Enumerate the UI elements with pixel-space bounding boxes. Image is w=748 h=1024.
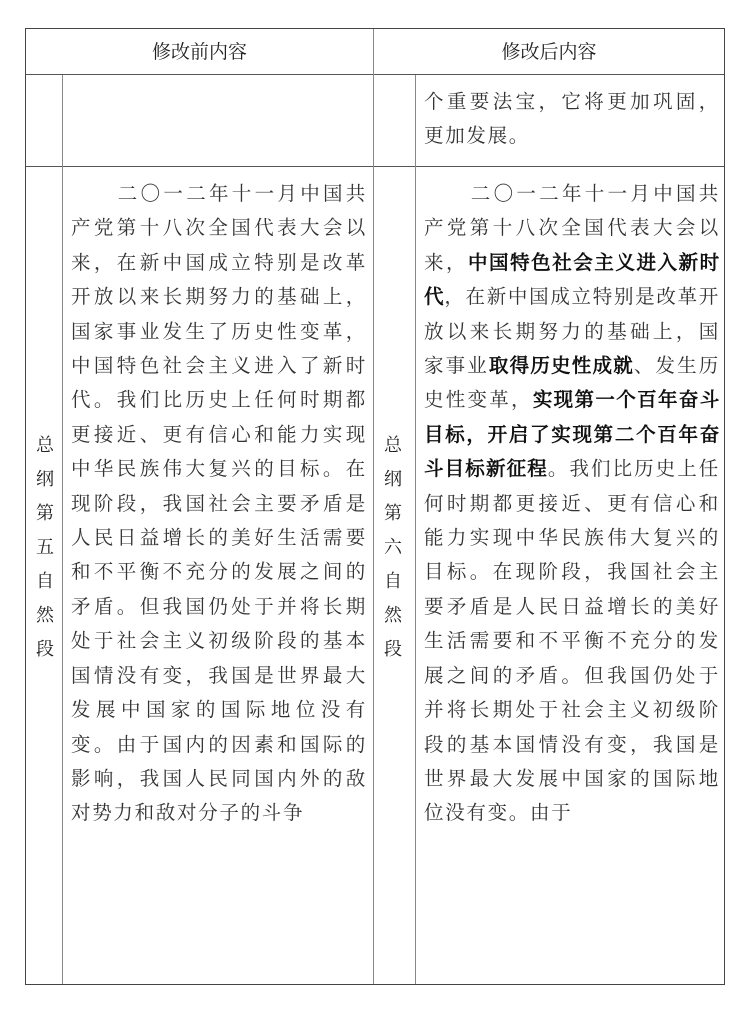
paragraph: 二〇一二年十一月中国共产党第十八次全国代表大会以来，中国特色社会主义进入新时代，… [424, 177, 720, 831]
header-after: 修改后内容 [374, 29, 724, 75]
label-char: 六 [375, 531, 411, 565]
label-char: 纲 [375, 463, 411, 497]
row2-before-label: 总 纲 第 五 自 然 段 [27, 429, 63, 667]
label-char: 段 [27, 633, 63, 667]
label-char: 第 [375, 497, 411, 531]
label-divider-right [415, 75, 416, 984]
label-char: 纲 [27, 463, 63, 497]
text-segment: 。我们比历史上任何时期都更接近、更有信心和能力实现中华民族伟大复兴的目标。在现阶… [424, 457, 720, 824]
paragraph: 二〇一二年十一月中国共产党第十八次全国代表大会以来，在新中国成立特别是改革开放以… [71, 177, 367, 831]
label-char: 自 [375, 565, 411, 599]
comparison-table: 修改前内容 修改后内容 个重要法宝，它将更加巩固，更加发展。 总 纲 第 五 自… [25, 28, 725, 985]
row1-before-text [63, 76, 373, 166]
label-char: 段 [375, 633, 411, 667]
label-char: 总 [27, 429, 63, 463]
label-char: 五 [27, 531, 63, 565]
label-char: 第 [27, 497, 63, 531]
row2-before-text: 二〇一二年十一月中国共产党第十八次全国代表大会以来，在新中国成立特别是改革开放以… [71, 177, 367, 831]
row1-after-text: 个重要法宝，它将更加巩固，更加发展。 [424, 85, 720, 154]
column-divider [373, 29, 374, 984]
label-char: 然 [27, 599, 63, 633]
row2-after-text: 二〇一二年十一月中国共产党第十八次全国代表大会以来，中国特色社会主义进入新时代，… [424, 177, 720, 831]
added-text: 取得历史性成就 [489, 354, 634, 377]
row-divider [26, 166, 724, 167]
header-before: 修改前内容 [26, 29, 373, 75]
label-char: 然 [375, 599, 411, 633]
label-char: 自 [27, 565, 63, 599]
label-char: 总 [375, 429, 411, 463]
row2-after-label: 总 纲 第 六 自 然 段 [375, 429, 411, 667]
